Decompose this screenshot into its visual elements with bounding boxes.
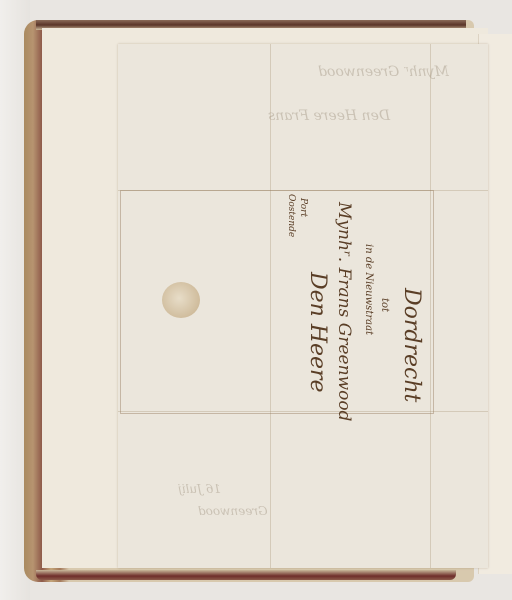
address-city: Dordrecht — [399, 288, 424, 402]
address-recipient: Mynhʳ. Frans Greenwood — [334, 202, 354, 421]
show-through-text: Greenwood — [198, 504, 268, 518]
show-through-text: 16 Julij — [178, 482, 221, 496]
wax-seal-mark — [162, 282, 200, 318]
address-preposition: tot — [379, 298, 390, 312]
address-salutation: Den Heere — [305, 272, 330, 393]
side-note-line2: Port — [298, 198, 308, 217]
side-note-line1: Oostende — [286, 194, 296, 237]
album-binding-bottom-edge — [36, 570, 456, 580]
address-panel: Den Heere Mynhʳ. Frans Greenwood in de N… — [272, 188, 430, 410]
address-street: in de Nieuwstraat — [363, 244, 374, 335]
show-through-text: Den Heere Frans — [268, 108, 390, 124]
